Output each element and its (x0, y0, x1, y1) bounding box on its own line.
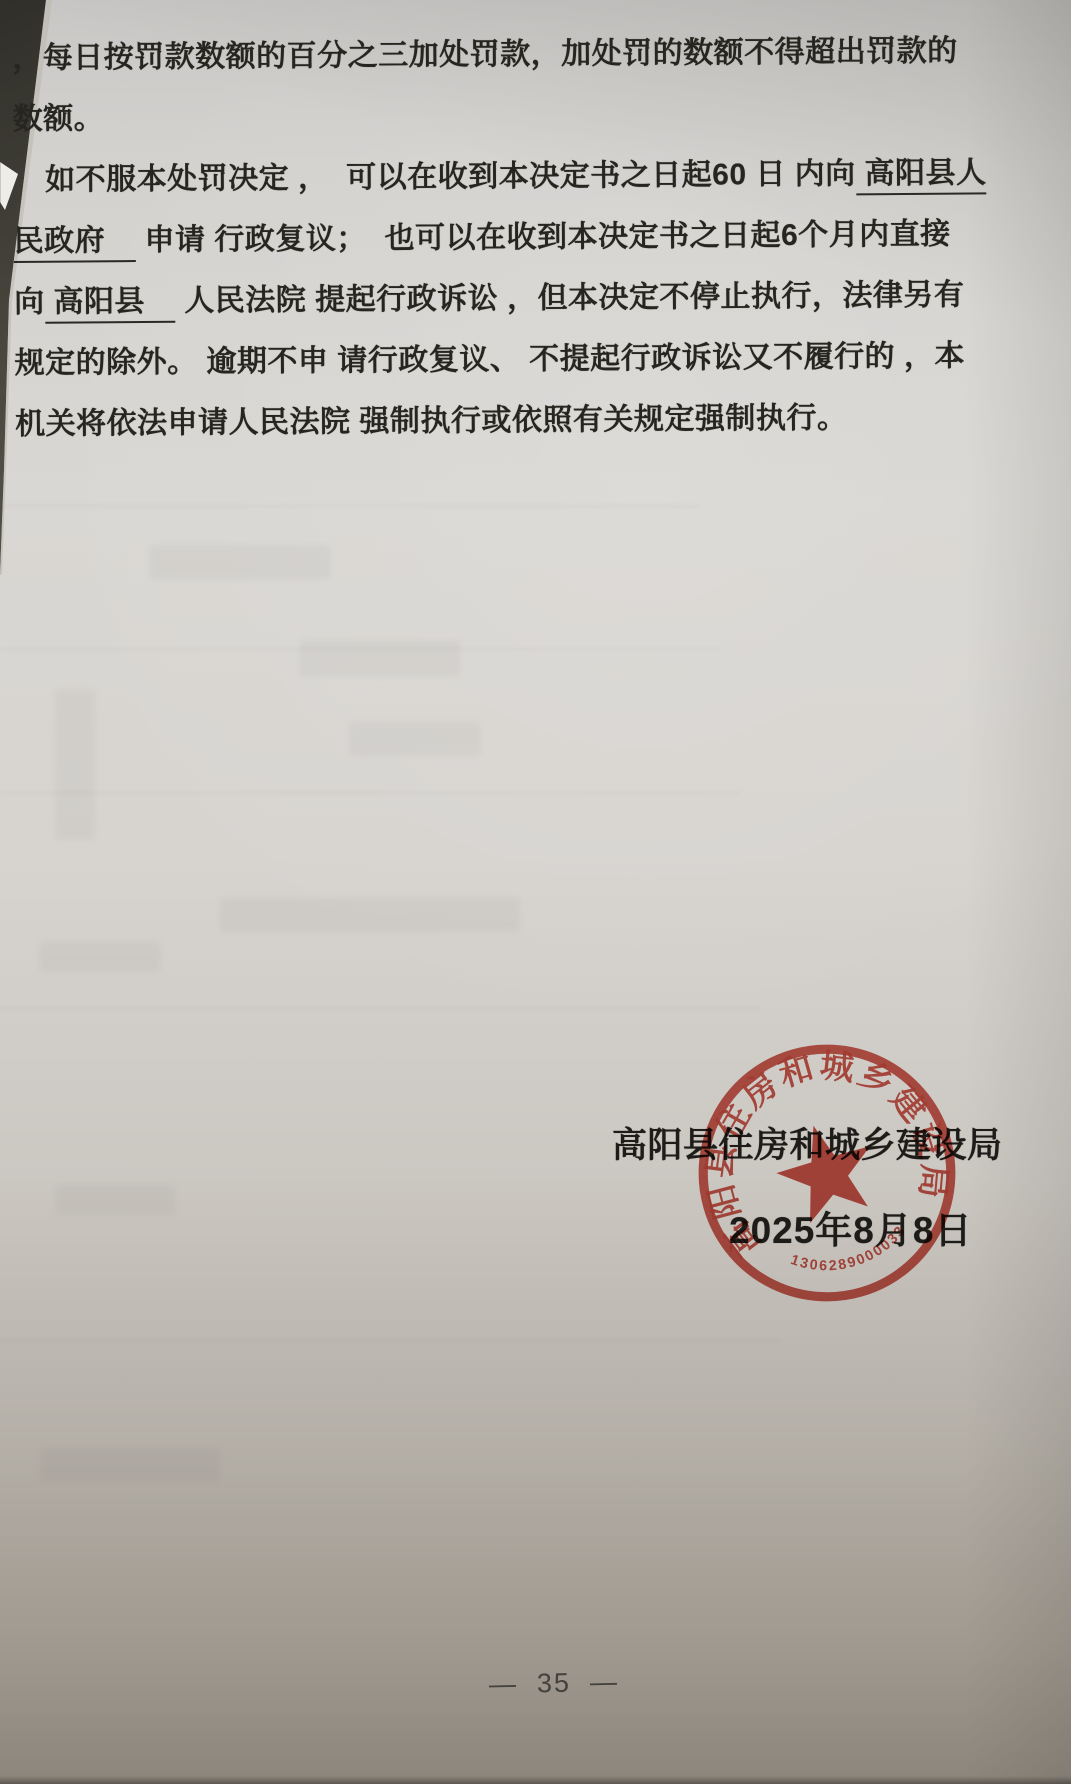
star-icon (767, 1112, 886, 1228)
bleedthrough-mark (55, 690, 95, 840)
doc-line-2: 数额。 (12, 82, 966, 150)
doc-text-segment: ，每日按罚款数额的百分之三加处罚款，加处罚的数额不得超出罚款的 (12, 35, 958, 75)
doc-text-segment: 机关将依法申请人民法院 强制执行或依照有关规定强制执行。 (15, 401, 848, 441)
doc-line-1: ，每日按罚款数额的百分之三加处罚款，加处罚的数额不得超出罚款的 (12, 21, 966, 89)
doc-text-segment: 人民法院 提起行政诉讼 ，但本决定不停止执行，法律另有 (175, 279, 964, 318)
doc-line-3: 如不服本处罚决定 ， 可以在收到本决定书之日起60 日 内向 高阳县人 (13, 143, 967, 211)
bleedthrough-rule (0, 505, 700, 507)
bleedthrough-mark (150, 545, 330, 579)
bleedthrough-mark (350, 722, 480, 756)
doc-line-6: 规定的除外。 逾期不申 请行政复议、 不提起行政诉讼又不履行的 ，本 (14, 325, 968, 393)
doc-text-segment: 如不服本处罚决定 ， 可以在收到本决定书之日起60 日 内向 (45, 157, 856, 196)
doc-line-5: 向 高阳县 人民法院 提起行政诉讼 ，但本决定不停止执行，法律另有 (14, 264, 968, 332)
bleedthrough-rule (0, 1340, 780, 1342)
doc-text-segment: 数额。 (13, 102, 105, 136)
doc-line-4: 民政府 申请 行政复议； 也可以在收到本决定书之日起6个月内直接 (13, 204, 967, 272)
doc-text-segment: 申请 行政复议； 也可以在收到本决定书之日起6个月内直接 (136, 218, 951, 257)
doc-text-segment: 规定的除外。 逾期不申 请行政复议、 不提起行政诉讼又不履行的 ，本 (15, 340, 966, 380)
bleedthrough-mark (40, 942, 160, 972)
bleedthrough-mark (220, 898, 520, 932)
bleedthrough-rule (0, 648, 720, 650)
bleedthrough-mark (40, 1448, 220, 1482)
page-footer: — 35 — (404, 1665, 705, 1702)
bleedthrough-rule (0, 1008, 760, 1010)
photographed-document: { "page": { "footer_page_number": "— 35 … (0, 0, 1071, 1784)
doc-text-segment: 向 (14, 286, 45, 319)
bleedthrough-rule (0, 792, 740, 794)
bleedthrough-mark (300, 640, 460, 676)
bleedthrough-mark (55, 1185, 175, 1215)
paper-bottom-edge-shadow (0, 1776, 1071, 1784)
filled-blank-respondent-authority-cont: 民政府 (14, 224, 136, 263)
filled-blank-court-county: 高阳县 (45, 285, 176, 324)
filled-blank-respondent-authority: 高阳县人 (856, 156, 987, 195)
doc-line-7: 机关将依法申请人民法院 强制执行或依照有关规定强制执行。 (15, 386, 969, 454)
document-body-text: ，每日按罚款数额的百分之三加处罚款，加处罚的数额不得超出罚款的 数额。 如不服本… (12, 21, 969, 455)
